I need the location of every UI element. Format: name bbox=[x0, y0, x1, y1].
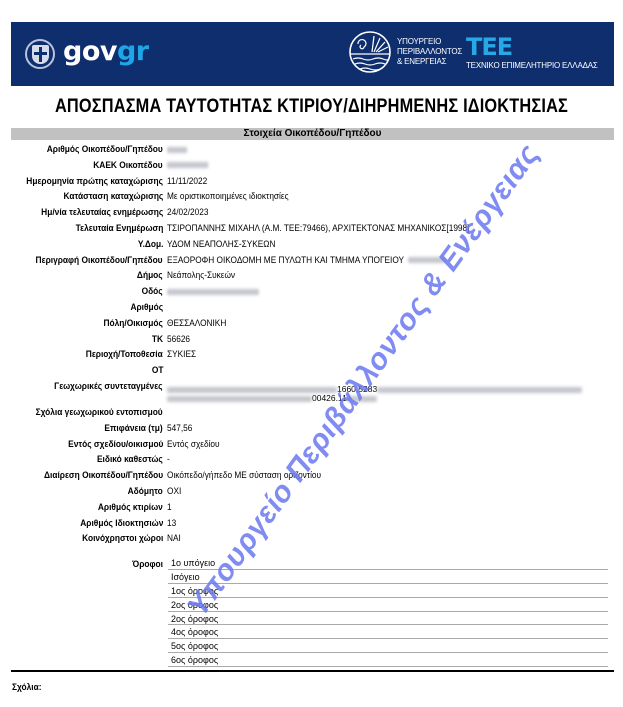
field-row: Περιοχή/ΤοποθεσίαΣΥΚΙΕΣ bbox=[0, 347, 623, 363]
field-value: 1 bbox=[167, 500, 172, 516]
field-value-redacted: 1660,528300426.11 bbox=[167, 382, 587, 400]
field-row: Διαίρεση Οικοπέδου/ΓηπέδουΟικόπεδο/γήπεδ… bbox=[0, 468, 623, 484]
field-row: Τελευταία ΕνημέρωσηΤΣΙΡΟΠΑΝΝΗΣ ΜΙΧΑΗΛ (Α… bbox=[0, 221, 623, 237]
field-label: Οδός bbox=[142, 284, 163, 300]
field-value: ΣΥΚΙΕΣ bbox=[167, 347, 196, 363]
field-value: ΥΔΟΜ ΝΕΑΠΟΛΗΣ-ΣΥΚΕΩΝ bbox=[167, 237, 275, 253]
document-title: ΑΠΟΣΠΑΣΜΑ ΤΑΥΤΟΤΗΤΑΣ ΚΤΙΡΙΟΥ/ΔΙΗΡΗΜΕΝΗΣ … bbox=[44, 96, 580, 118]
field-row: Επιφάνεια (τμ)547,56 bbox=[0, 421, 623, 437]
field-row: Σχόλια γεωχωρικού εντοπισμού bbox=[0, 405, 623, 421]
field-value: ΟΧΙ bbox=[167, 484, 181, 500]
field-value: - bbox=[167, 452, 170, 468]
field-value-redacted bbox=[167, 158, 208, 174]
field-label: Αριθμός Ιδιοκτησιών bbox=[80, 516, 163, 532]
field-row: ΑδόμητοΟΧΙ bbox=[0, 484, 623, 500]
field-value: Εντός σχεδίου bbox=[167, 437, 220, 453]
field-value: Νεάπολης-Συκεών bbox=[167, 268, 235, 284]
field-row: Αριθμός Οικοπέδου/Γηπέδου bbox=[0, 142, 623, 158]
field-value: ΝΑΙ bbox=[167, 531, 181, 547]
field-row: ΤΚ56626 bbox=[0, 332, 623, 348]
field-label: ΤΚ bbox=[152, 332, 163, 348]
tee-mark: TEE bbox=[466, 36, 598, 58]
field-label: Αριθμός Οικοπέδου/Γηπέδου bbox=[47, 142, 163, 158]
field-row: Ημερομηνία πρώτης καταχώρισης11/11/2022 bbox=[0, 174, 623, 190]
floor-item: 2ος όροφος bbox=[168, 612, 608, 626]
field-label: Δήμος bbox=[137, 268, 163, 284]
field-value: Με οριστικοποιημένες ιδιοκτησίες bbox=[167, 189, 289, 205]
field-value: Οικόπεδο/γήπεδο ΜΕ σύσταση οριζοντίου bbox=[167, 468, 321, 484]
field-value: ΤΣΙΡΟΠΑΝΝΗΣ ΜΙΧΑΗΛ (Α.Μ. ΤΕΕ:79466), ΑΡΧ… bbox=[167, 221, 469, 237]
field-value: 24/02/2023 bbox=[167, 205, 208, 221]
field-row: Υ.Δομ.ΥΔΟΜ ΝΕΑΠΟΛΗΣ-ΣΥΚΕΩΝ bbox=[0, 237, 623, 253]
field-label: Περιοχή/Τοποθεσία bbox=[86, 347, 163, 363]
field-label: Περιγραφή Οικοπέδου/Γηπέδου bbox=[36, 253, 163, 269]
field-row: Αριθμός Ιδιοκτησιών13 bbox=[0, 516, 623, 532]
field-value: 11/11/2022 bbox=[167, 174, 207, 190]
field-label: Διαίρεση Οικοπέδου/Γηπέδου bbox=[44, 468, 163, 484]
field-label: Εντός σχεδίου/οικισμού bbox=[68, 437, 163, 453]
floors-list: 1ο υπόγειοΙσόγειο1ος όροφος2ος όροφος2ος… bbox=[168, 556, 608, 667]
field-row: Κοινόχρηστοι χώροιΝΑΙ bbox=[0, 531, 623, 547]
field-value: ΕΞΑΟΡΟΦΗ ΟΙΚΟΔΟΜΗ ΜΕ ΠΥΛΩΤΗ ΚΑΙ ΤΜΗΜΑ ΥΠ… bbox=[167, 253, 445, 269]
field-row: Γεωχωρικές συντεταγμένες1660,528300426.1… bbox=[0, 379, 623, 405]
field-value: 547,56 bbox=[167, 421, 192, 437]
govgr-logo: govgr bbox=[25, 36, 149, 72]
floor-item: 1ο υπόγειο bbox=[168, 556, 608, 570]
field-label: Σχόλια γεωχωρικού εντοπισμού bbox=[36, 405, 163, 421]
header-banner: govgr ΥΠΟΥΡΓΕΙΟ ΠΕΡΙΒΑΛΛΟΝΤΟΣ & ΕΝΕΡΓΕΙΑ… bbox=[11, 22, 614, 86]
field-row: Περιγραφή Οικοπέδου/ΓηπέδουΕΞΑΟΡΟΦΗ ΟΙΚΟ… bbox=[0, 253, 623, 269]
field-row: Ημ/νία τελευταίας ενημέρωσης24/02/2023 bbox=[0, 205, 623, 221]
tee-logo: TEE ΤΕΧΝΙΚΟ ΕΠΙΜΕΛΗΤΗΡΙΟ ΕΛΛΑΔΑΣ bbox=[466, 36, 598, 70]
field-row: Αριθμός bbox=[0, 300, 623, 316]
field-label: Αδόμητο bbox=[128, 484, 163, 500]
section-header: Στοιχεία Οικοπέδου/Γηπέδου bbox=[11, 128, 614, 140]
field-row: ΟΤ bbox=[0, 363, 623, 379]
field-label: Υ.Δομ. bbox=[137, 237, 163, 253]
field-row: Εντός σχεδίου/οικισμούΕντός σχεδίου bbox=[0, 437, 623, 453]
floor-item: 2ος όροφος bbox=[168, 598, 608, 612]
divider bbox=[11, 670, 614, 672]
field-label: Επιφάνεια (τμ) bbox=[105, 421, 163, 437]
floor-item: 5ος όροφος bbox=[168, 639, 608, 653]
comments-label: Σχόλια: bbox=[12, 682, 42, 692]
field-label: Ημερομηνία πρώτης καταχώρισης bbox=[26, 174, 163, 190]
field-label: Γεωχωρικές συντεταγμένες bbox=[55, 379, 163, 395]
field-row: ΚΑΕΚ Οικοπέδου bbox=[0, 158, 623, 174]
field-label: Αριθμός κτιρίων bbox=[98, 500, 163, 516]
field-value: 13 bbox=[167, 516, 176, 532]
greek-emblem-icon bbox=[25, 39, 55, 69]
field-row: Πόλη/ΟικισμόςΘΕΣΣΑΛΟΝΙΚΗ bbox=[0, 316, 623, 332]
field-value-redacted bbox=[167, 142, 187, 158]
field-value-redacted bbox=[167, 284, 259, 300]
ministry-sun-sea-icon bbox=[348, 30, 392, 74]
field-label: Τελευταία Ενημέρωση bbox=[75, 221, 163, 237]
govgr-wordmark: govgr bbox=[63, 38, 149, 65]
field-label: Αριθμός bbox=[130, 300, 163, 316]
field-row: Ειδικό καθεστώς- bbox=[0, 452, 623, 468]
field-row: Αριθμός κτιρίων1 bbox=[0, 500, 623, 516]
field-label: Κοινόχρηστοι χώροι bbox=[82, 531, 163, 547]
field-row: Οδός bbox=[0, 284, 623, 300]
floors-label: Όροφοι bbox=[132, 559, 163, 569]
field-label: Ειδικό καθεστώς bbox=[97, 452, 163, 468]
field-label: Ημ/νία τελευταίας ενημέρωσης bbox=[41, 205, 163, 221]
field-label: ΚΑΕΚ Οικοπέδου bbox=[94, 158, 163, 174]
tee-subtitle: ΤΕΧΝΙΚΟ ΕΠΙΜΕΛΗΤΗΡΙΟ ΕΛΛΑΔΑΣ bbox=[466, 61, 598, 70]
field-value: 56626 bbox=[167, 332, 190, 348]
field-row: Κατάσταση καταχώρισηςΜε οριστικοποιημένε… bbox=[0, 189, 623, 205]
floor-item: 6ος όροφος bbox=[168, 653, 608, 667]
field-label: Κατάσταση καταχώρισης bbox=[63, 189, 163, 205]
floor-item: Ισόγειο bbox=[168, 570, 608, 584]
ministry-name: ΥΠΟΥΡΓΕΙΟ ΠΕΡΙΒΑΛΛΟΝΤΟΣ & ΕΝΕΡΓΕΙΑΣ bbox=[397, 37, 462, 67]
ministry-logo: ΥΠΟΥΡΓΕΙΟ ΠΕΡΙΒΑΛΛΟΝΤΟΣ & ΕΝΕΡΓΕΙΑΣ bbox=[348, 30, 462, 74]
floor-item: 4ος όροφος bbox=[168, 625, 608, 639]
field-row: ΔήμοςΝεάπολης-Συκεών bbox=[0, 268, 623, 284]
floor-item: 1ος όροφος bbox=[168, 584, 608, 598]
field-label: ΟΤ bbox=[151, 363, 163, 379]
field-label: Πόλη/Οικισμός bbox=[104, 316, 163, 332]
fields-list: Αριθμός Οικοπέδου/ΓηπέδουΚΑΕΚ ΟικοπέδουΗ… bbox=[0, 142, 623, 547]
field-value: ΘΕΣΣΑΛΟΝΙΚΗ bbox=[167, 316, 226, 332]
